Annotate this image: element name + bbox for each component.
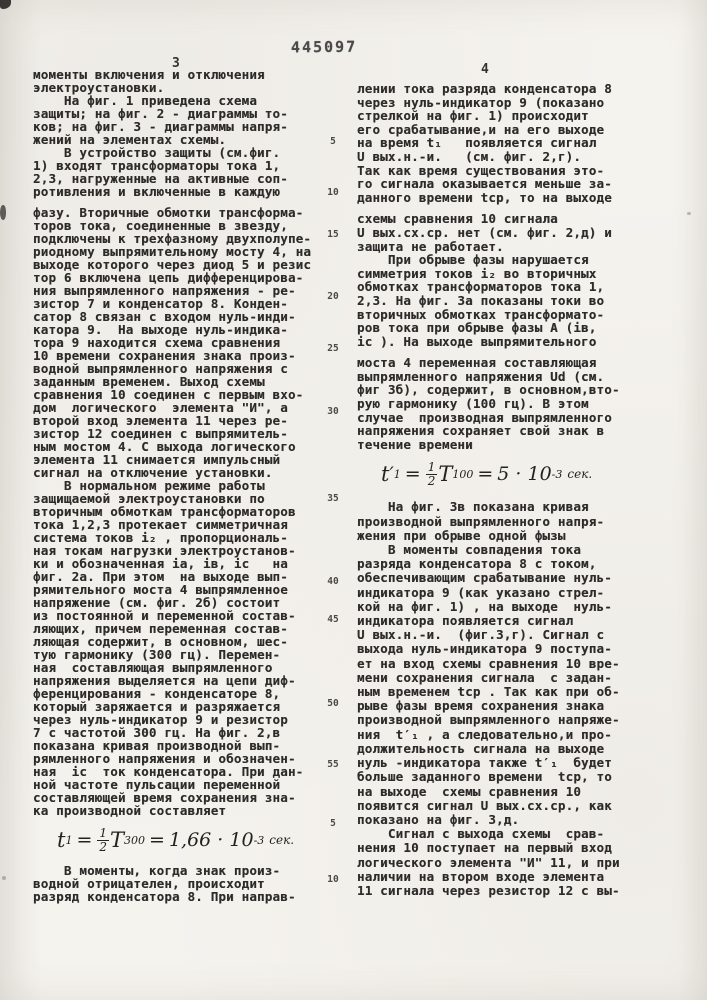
patent-number: 445097 [291, 38, 357, 57]
left-text-column: моменты включения и отключенияэлектроуст… [33, 68, 345, 903]
text-line: фиг 3б), содержит, в основном,вто- [357, 383, 687, 397]
text-line: ка производной составляет [33, 804, 345, 817]
formula-unit: сек. [567, 467, 592, 481]
text-line: должительность сигнала на выходе [357, 742, 687, 756]
text-line: U вых.сх.ср. нет (см. фиг. 2,д) и [357, 226, 687, 240]
formula-subscript: 100 [452, 468, 473, 481]
text-line: появится сигнал U вых.сх.ср., как [357, 799, 687, 813]
scan-artifact [687, 212, 691, 215]
formula-coefficient: 1,66 · 10 [169, 829, 254, 851]
text-line: U вых.н.-и. (см. фиг. 2,г). [357, 150, 687, 164]
text-line: го сигнала оказывается меньше за- [357, 177, 687, 191]
paragraph-block: В моменты, когда знак произ-водной отриц… [33, 864, 345, 903]
text-line: 2,3. На фиг. 3а показаны токи во [357, 294, 687, 308]
scanned-patent-page: 445097 3 4 510152025303540455055510 моме… [0, 0, 707, 1000]
text-line: ров тока при обрыве фазы А (iв, [357, 321, 687, 335]
text-line: нения 10 поступает на первый вход [357, 841, 687, 855]
text-line: индикатора появляется сигнал [357, 614, 687, 628]
scan-artifact [2, 876, 6, 880]
fraction: 12 [97, 827, 109, 853]
text-line: показано на фиг. 3,д. [357, 813, 687, 827]
text-line: ет на вход схемы сравнения 10 вре- [357, 657, 687, 671]
text-line: симметрия токов i₂ во вторичных [357, 267, 687, 281]
text-line: его срабатывание,и на его выходе [357, 123, 687, 137]
scan-artifact [0, 0, 11, 9]
paragraph-block: моста 4 переменная составляющаявыпрямлен… [357, 356, 687, 451]
text-line: на время t₁ появляется сигнал [357, 136, 687, 150]
formula-variable: T [110, 828, 124, 852]
formula-exponent: -3 [254, 834, 265, 847]
fraction-numerator: 1 [426, 461, 438, 475]
text-line: выпрямленного напряжения Ud (см. [357, 370, 687, 384]
text-line: напряжения сохраняет свой знак в [357, 424, 687, 438]
text-line: схемы сравнения 10 сигнала [357, 212, 687, 226]
text-line: На фиг. 3в показана кривая [357, 500, 687, 514]
text-line: обмотках трансформаторов тока 1, [357, 280, 687, 294]
text-line: кой на фиг. 1) , на выходе нуль- [357, 600, 687, 614]
text-line: моста 4 переменная составляющая [357, 356, 687, 370]
text-line: обеспечивающим срабатывание нуль- [357, 571, 687, 585]
text-line: При обрыве фазы нарушается [357, 253, 687, 267]
text-line: данного времени tср, то на выходе [357, 191, 687, 205]
formula-subscript: 1 [394, 468, 401, 481]
text-line: индикатора 9 (как указано стрел- [357, 586, 687, 600]
fraction-numerator: 1 [97, 827, 109, 841]
text-line: логического элемента "И" 11, и при [357, 856, 687, 870]
text-line: iс ). На выходе выпрямительного [357, 335, 687, 349]
formula-exponent: -3 [552, 468, 563, 481]
text-line: выхода нуль-индикатора 9 поступа- [357, 642, 687, 656]
text-line: стрелкой на фиг. 1) происходит [357, 109, 687, 123]
formula-subscript: 300 [124, 834, 145, 847]
formula-variable: t [381, 462, 389, 486]
text-line: производной выпрямленного напря- [357, 515, 687, 529]
text-line: Сигнал с выхода схемы срав- [357, 827, 687, 841]
text-line: наличии на втором входе элемента [357, 870, 687, 884]
equals-sign: = [405, 463, 421, 485]
paragraph-block: фазу. Вторичные обмотки трансформа-торов… [33, 206, 345, 817]
text-line: вторичных обмотках трансформато- [357, 308, 687, 322]
right-text-column: лении тока разряда конденсатора 8через н… [357, 82, 687, 898]
text-line: течение времени [357, 438, 687, 452]
text-line: защита не работает. [357, 240, 687, 254]
text-line: производной выпрямленного напряже- [357, 713, 687, 727]
formula-coefficient: 5 · 10 [497, 463, 551, 485]
text-line: на выходе схемы сравнения 10 [357, 785, 687, 799]
equals-sign: = [477, 463, 493, 485]
text-line: разряда конденсатора 8 с током, [357, 557, 687, 571]
text-line: 11 сигнала через резистор 12 с вы- [357, 884, 687, 898]
text-line: U вых.н.-и. (фиг.3,г). Сигнал с [357, 628, 687, 642]
scan-artifact [0, 205, 6, 220]
text-line: через нуль-индикатор 9 (показано [357, 96, 687, 110]
text-line: лении тока разряда конденсатора 8 [357, 82, 687, 96]
fraction-denominator: 2 [97, 841, 109, 854]
text-line: В моменты совпадения тока [357, 543, 687, 557]
text-line: Так как время существования это- [357, 164, 687, 178]
formula-unit: сек. [269, 833, 294, 847]
paragraph-block: моменты включения и отключенияэлектроуст… [33, 68, 345, 198]
equals-sign: = [76, 829, 92, 851]
fraction: 12 [426, 461, 438, 487]
text-line: жения при обрыве одной фызы [357, 529, 687, 543]
text-line: больше заданного времени tср, то [357, 770, 687, 784]
text-line: рую гармонику (100 гц). В этом [357, 397, 687, 411]
text-line: рыве фазы время сохранения знака [357, 699, 687, 713]
text-line: ным временем tср . Так как при об- [357, 685, 687, 699]
formula-subscript: 1 [65, 834, 72, 847]
text-line: разряд конденсатора 8. При направ- [33, 890, 345, 903]
text-line: ния t′₁ , а следовательно,и про- [357, 728, 687, 742]
text-line: нуль -индикатора также t′₁ будет [357, 756, 687, 770]
paragraph-block: На фиг. 3в показана криваяпроизводной вы… [357, 500, 687, 898]
paragraph-block: лении тока разряда конденсатора 8через н… [357, 82, 687, 204]
formula-t1-100hz: t′1 = 12 T100 = 5 · 10-3 сек. [381, 456, 687, 492]
right-column-page-number: 4 [481, 62, 489, 77]
text-line: мени сохранения сигнала с задан- [357, 671, 687, 685]
formula-t1-300hz: t1 = 12 T300 = 1,66 · 10-3 сек. [57, 822, 345, 858]
formula-variable: T [438, 462, 452, 486]
paragraph-block: схемы сравнения 10 сигналаU вых.сх.ср. н… [357, 212, 687, 348]
fraction-denominator: 2 [426, 475, 438, 488]
text-line: случае производная выпрямленного [357, 411, 687, 425]
formula-variable: t [57, 828, 65, 852]
text-line: ротивления и включенные в каждую [33, 185, 345, 198]
equals-sign: = [149, 829, 165, 851]
